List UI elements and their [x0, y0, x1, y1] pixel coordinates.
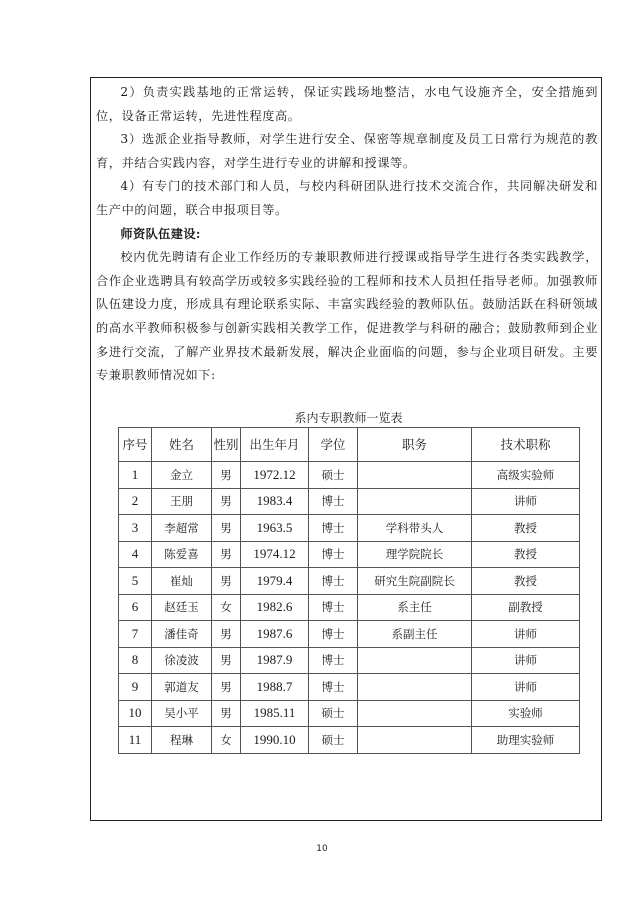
- table-row: 3李超常男1963.5博士学科带头人教授: [119, 515, 580, 542]
- table-row: 2王朋男1983.4博士讲师: [119, 488, 580, 515]
- cell-position: 理学院院长: [358, 541, 472, 568]
- cell-degree: 博士: [309, 647, 358, 674]
- cell-degree: 博士: [309, 621, 358, 648]
- cell-name: 金立: [152, 462, 212, 489]
- col-header-birth: 出生年月: [241, 428, 309, 462]
- cell-birth: 1974.12: [241, 541, 309, 568]
- table-row: 7潘佳奇男1987.6博士系副主任讲师: [119, 621, 580, 648]
- cell-birth: 1983.4: [241, 488, 309, 515]
- cell-birth: 1979.4: [241, 568, 309, 595]
- paragraph-item-3: 3）选派企业指导教师，对学生进行安全、保密等规章制度及员工日常行为规范的教育，并…: [96, 128, 598, 175]
- cell-position: 研究生院副院长: [358, 568, 472, 595]
- col-header-gender: 性别: [212, 428, 241, 462]
- cell-degree: 博士: [309, 515, 358, 542]
- cell-name: 潘佳奇: [152, 621, 212, 648]
- cell-position: 学科带头人: [358, 515, 472, 542]
- cell-position: 系主任: [358, 594, 472, 621]
- col-header-index: 序号: [119, 428, 152, 462]
- cell-position: [358, 674, 472, 701]
- cell-title: 教授: [472, 515, 580, 542]
- table-row: 8徐凌波男1987.9博士讲师: [119, 647, 580, 674]
- cell-name: 陈爱喜: [152, 541, 212, 568]
- cell-title: 教授: [472, 541, 580, 568]
- cell-gender: 男: [212, 515, 241, 542]
- section-heading-faculty: 师资队伍建设:: [96, 223, 598, 247]
- table-row: 9郭道友男1988.7博士讲师: [119, 674, 580, 701]
- cell-position: 系副主任: [358, 621, 472, 648]
- cell-gender: 男: [212, 674, 241, 701]
- paragraph-item-4: 4）有专门的技术部门和人员，与校内科研团队进行技术交流合作，共同解决研发和生产中…: [96, 175, 598, 222]
- cell-gender: 男: [212, 647, 241, 674]
- table-row: 11程琳女1990.10硕士助理实验师: [119, 727, 580, 754]
- cell-index: 1: [119, 462, 152, 489]
- cell-title: 实验师: [472, 700, 580, 727]
- faculty-table: 序号 姓名 性别 出生年月 学位 职务 技术职称 1金立男1972.12硕士高级…: [118, 427, 580, 754]
- cell-birth: 1990.10: [241, 727, 309, 754]
- cell-index: 5: [119, 568, 152, 595]
- cell-title: 讲师: [472, 621, 580, 648]
- cell-gender: 男: [212, 621, 241, 648]
- cell-title: 高级实验师: [472, 462, 580, 489]
- cell-title: 讲师: [472, 674, 580, 701]
- cell-index: 4: [119, 541, 152, 568]
- cell-gender: 男: [212, 568, 241, 595]
- cell-index: 2: [119, 488, 152, 515]
- col-header-name: 姓名: [152, 428, 212, 462]
- table-row: 10吴小平男1985.11硕士实验师: [119, 700, 580, 727]
- cell-gender: 男: [212, 541, 241, 568]
- cell-gender: 男: [212, 488, 241, 515]
- table-row: 4陈爱喜男1974.12博士理学院院长教授: [119, 541, 580, 568]
- cell-position: [358, 647, 472, 674]
- cell-title: 讲师: [472, 647, 580, 674]
- col-header-title: 技术职称: [472, 428, 580, 462]
- cell-degree: 博士: [309, 568, 358, 595]
- table-header-row: 序号 姓名 性别 出生年月 学位 职务 技术职称: [119, 428, 580, 462]
- cell-birth: 1987.6: [241, 621, 309, 648]
- table-row: 1金立男1972.12硕士高级实验师: [119, 462, 580, 489]
- body-text: 2）负责实践基地的正常运转，保证实践场地整洁，水电气设施齐全，安全措施到位，设备…: [96, 81, 598, 388]
- cell-position: [358, 700, 472, 727]
- cell-index: 10: [119, 700, 152, 727]
- cell-name: 王朋: [152, 488, 212, 515]
- cell-gender: 女: [212, 727, 241, 754]
- cell-birth: 1963.5: [241, 515, 309, 542]
- cell-birth: 1987.9: [241, 647, 309, 674]
- col-header-degree: 学位: [309, 428, 358, 462]
- page-number: 10: [0, 844, 644, 854]
- cell-gender: 女: [212, 594, 241, 621]
- cell-name: 郭道友: [152, 674, 212, 701]
- cell-degree: 硕士: [309, 462, 358, 489]
- cell-position: [358, 727, 472, 754]
- cell-degree: 博士: [309, 541, 358, 568]
- cell-name: 吴小平: [152, 700, 212, 727]
- cell-name: 赵廷玉: [152, 594, 212, 621]
- paragraph-faculty-description: 校内优先聘请有企业工作经历的专兼职教师进行授课或指导学生进行各类实践教学，合作企…: [96, 246, 598, 388]
- cell-name: 崔灿: [152, 568, 212, 595]
- cell-birth: 1988.7: [241, 674, 309, 701]
- cell-degree: 硕士: [309, 727, 358, 754]
- cell-gender: 男: [212, 462, 241, 489]
- cell-name: 李超常: [152, 515, 212, 542]
- cell-title: 副教授: [472, 594, 580, 621]
- cell-birth: 1972.12: [241, 462, 309, 489]
- paragraph-item-2: 2）负责实践基地的正常运转，保证实践场地整洁，水电气设施齐全，安全措施到位，设备…: [96, 81, 598, 128]
- cell-title: 助理实验师: [472, 727, 580, 754]
- cell-name: 程琳: [152, 727, 212, 754]
- cell-title: 讲师: [472, 488, 580, 515]
- cell-index: 6: [119, 594, 152, 621]
- cell-index: 11: [119, 727, 152, 754]
- col-header-position: 职务: [358, 428, 472, 462]
- cell-index: 8: [119, 647, 152, 674]
- cell-birth: 1982.6: [241, 594, 309, 621]
- cell-index: 9: [119, 674, 152, 701]
- cell-position: [358, 462, 472, 489]
- cell-title: 教授: [472, 568, 580, 595]
- table-row: 5崔灿男1979.4博士研究生院副院长教授: [119, 568, 580, 595]
- cell-degree: 硕士: [309, 700, 358, 727]
- cell-gender: 男: [212, 700, 241, 727]
- cell-index: 3: [119, 515, 152, 542]
- cell-degree: 博士: [309, 594, 358, 621]
- cell-birth: 1985.11: [241, 700, 309, 727]
- cell-name: 徐凌波: [152, 647, 212, 674]
- table-row: 6赵廷玉女1982.6博士系主任副教授: [119, 594, 580, 621]
- cell-position: [358, 488, 472, 515]
- table-title: 系内专职教师一览表: [118, 409, 579, 426]
- cell-degree: 博士: [309, 674, 358, 701]
- cell-index: 7: [119, 621, 152, 648]
- cell-degree: 博士: [309, 488, 358, 515]
